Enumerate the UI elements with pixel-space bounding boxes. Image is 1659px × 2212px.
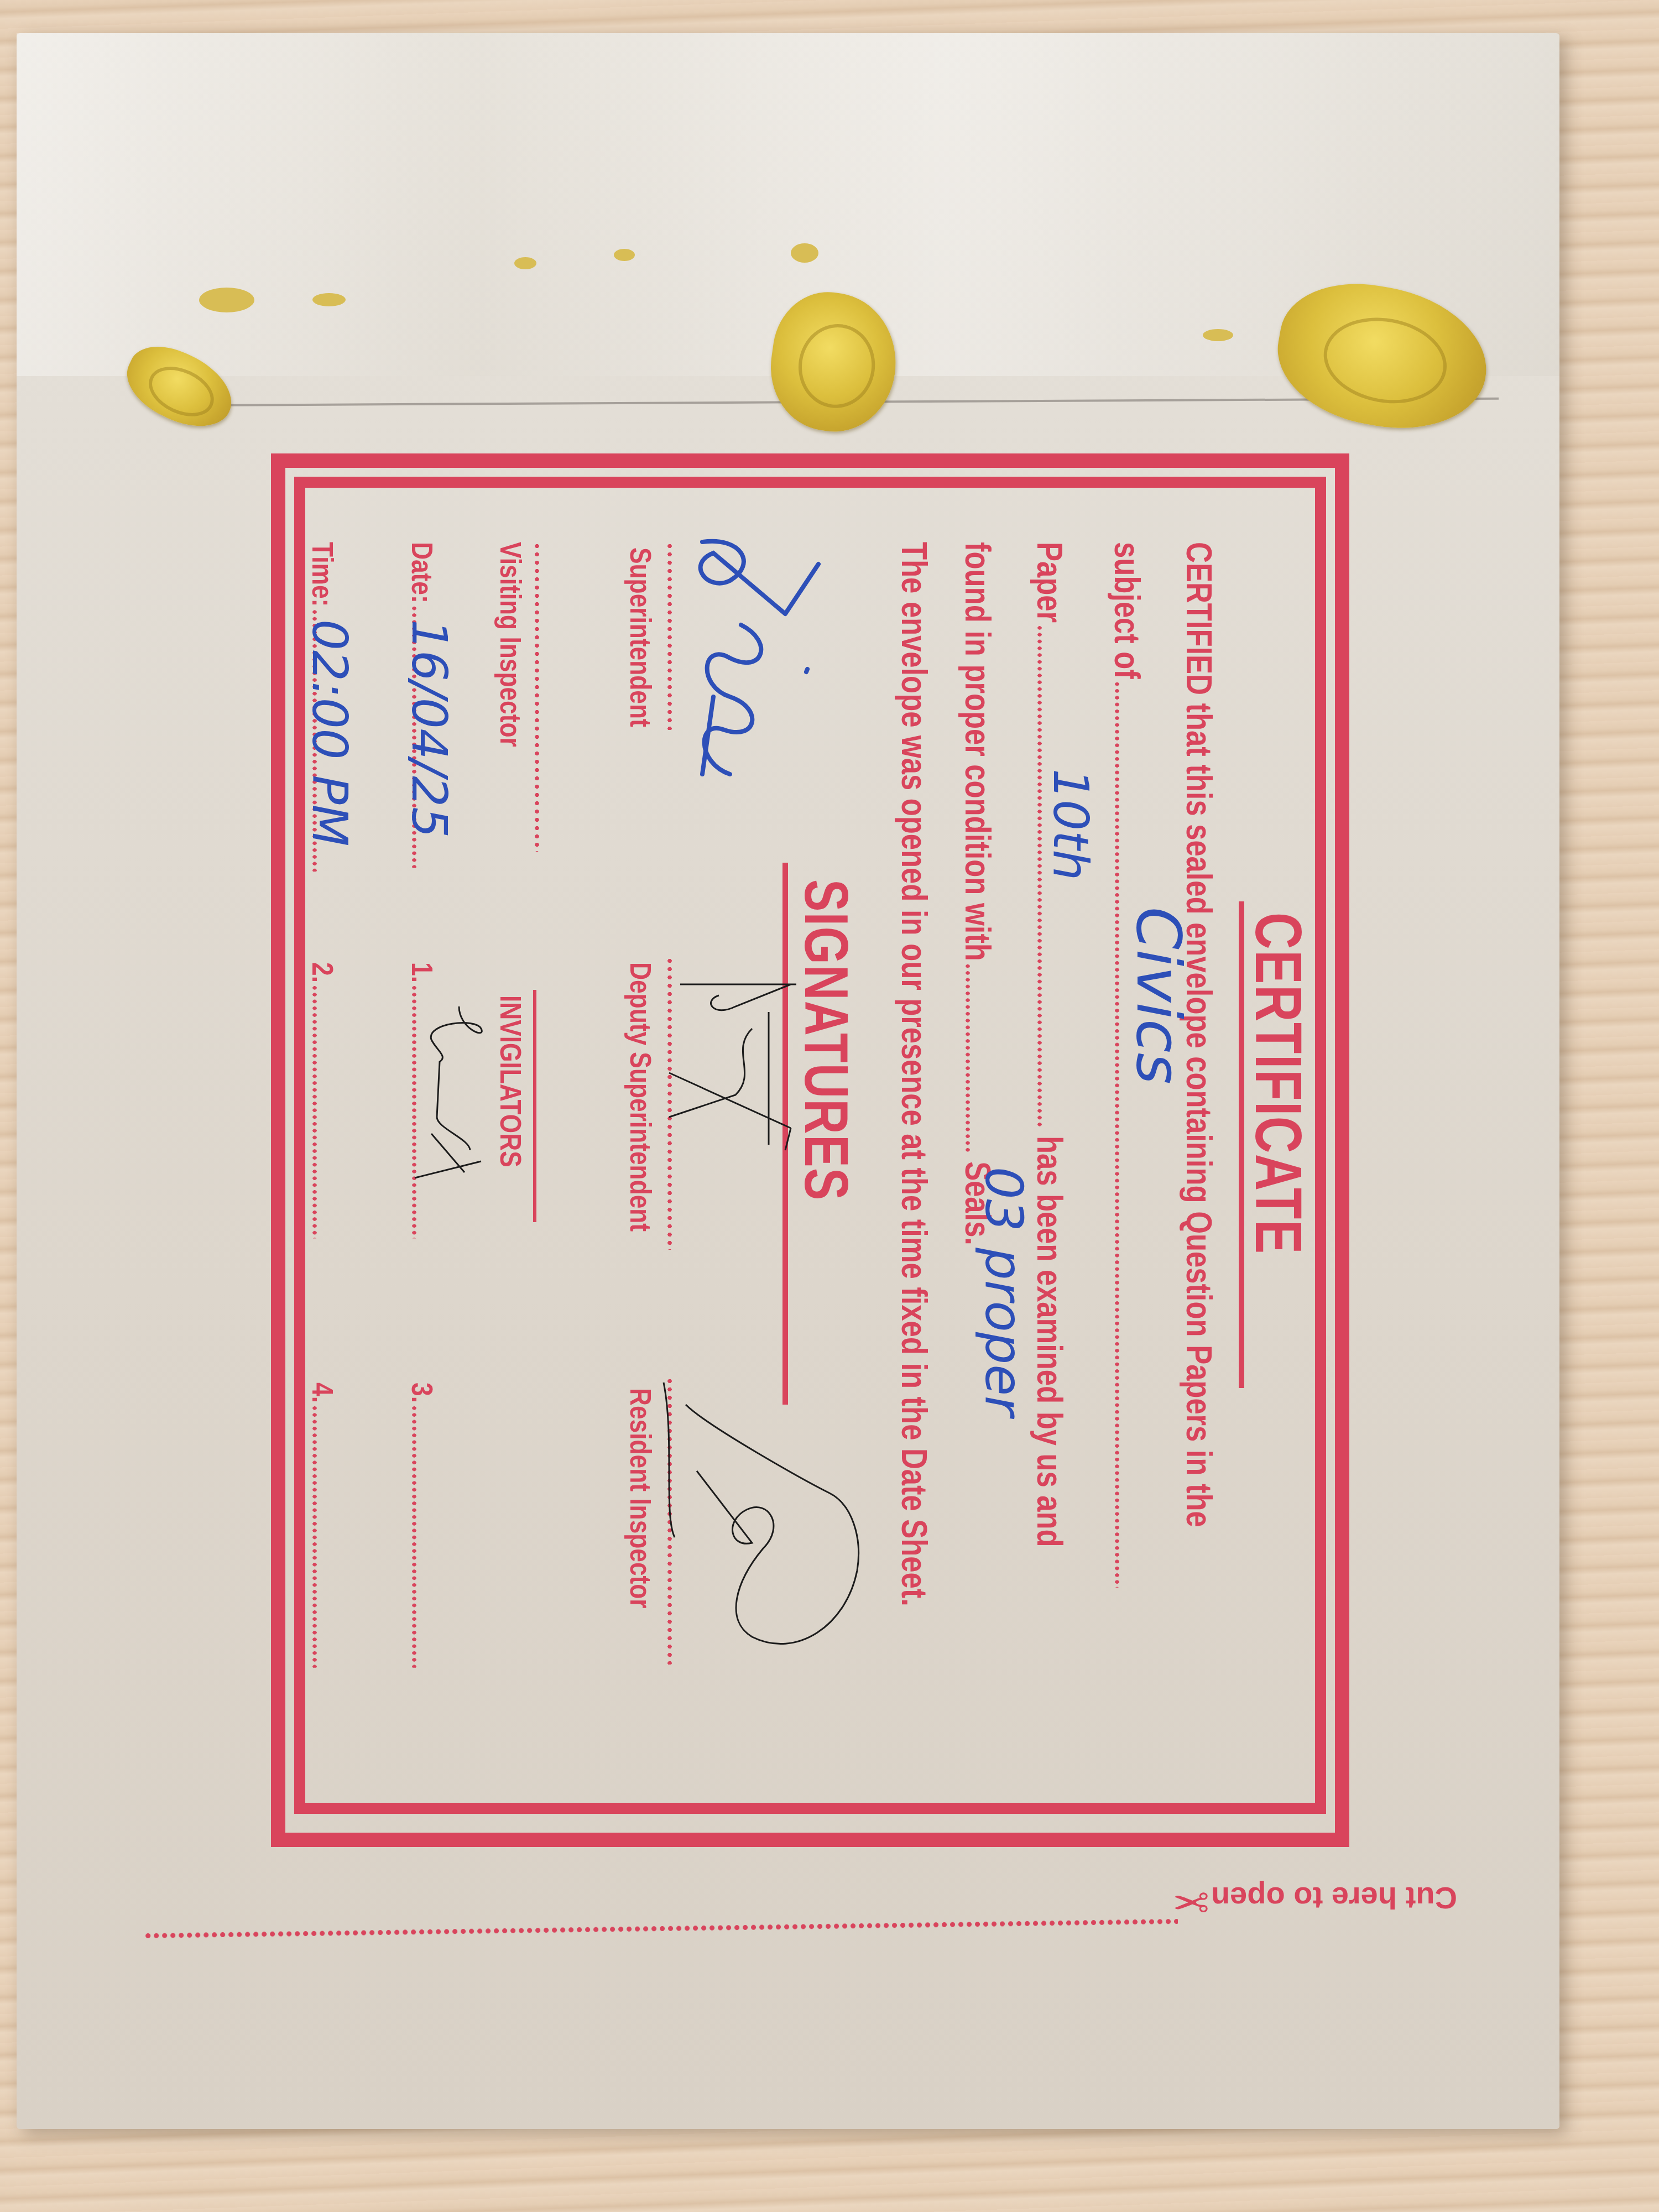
- seals-dotted-line: [966, 963, 970, 1153]
- paper-dotted-line: [1037, 624, 1042, 1128]
- subject-label: subject of: [1107, 542, 1147, 679]
- subject-dotted-line: [1115, 681, 1119, 1588]
- invigilators-title-underline: [533, 990, 536, 1222]
- visiting-inspector-signature-line: [535, 542, 539, 852]
- certificate-title-underline: [1239, 901, 1244, 1388]
- wax-drop: [199, 288, 254, 312]
- invigilator-1-number: 1.: [405, 962, 439, 983]
- invigilator-4-dotted-line: [312, 1405, 317, 1668]
- paper-value: 10th: [1046, 769, 1095, 880]
- paper-label: Paper: [1030, 542, 1070, 623]
- certificate-title: CERTIFICATE: [1245, 912, 1311, 1255]
- invigilator-3-dotted-line: [412, 1405, 416, 1668]
- time-label: Time:: [306, 542, 339, 607]
- wax-drop: [312, 293, 346, 306]
- paper-row: Paper has been examined by us and: [1032, 542, 1067, 1547]
- wax-drop: [1203, 329, 1233, 341]
- invigilator-3-number: 3.: [405, 1383, 439, 1403]
- certificate: CERTIFICATE CERTIFIED that this sealed e…: [293, 476, 1327, 1814]
- deputy-superintendent-signature: [625, 962, 802, 1206]
- time-value: 02:00 PM: [305, 619, 354, 847]
- wax-drop: [514, 257, 536, 269]
- invigilator-4-row: 4.: [307, 1383, 337, 1668]
- invigilator-4-number: 4.: [306, 1383, 339, 1403]
- subject-value: Civics: [1128, 907, 1189, 1084]
- date-value: 16/04/25: [405, 619, 453, 838]
- superintendent-label: Superintendent: [625, 547, 655, 727]
- visiting-inspector-label: Visiting Inspector: [495, 542, 525, 747]
- invigilator-3-row: 3.: [407, 1383, 437, 1668]
- signatures-title: SIGNATURES: [795, 879, 857, 1201]
- certificate-line-5: The envelope was opened in our presence …: [896, 542, 932, 1606]
- scissors-icon: ✂: [1172, 1876, 1209, 1927]
- invigilator-1-signature: [393, 1006, 492, 1194]
- superintendent-signature: [664, 531, 841, 796]
- date-label: Date:: [405, 542, 439, 603]
- invigilators-title: INVIGILATORS: [495, 995, 525, 1167]
- condition-label: found in proper condition with: [958, 542, 998, 961]
- invigilator-2-number: 2.: [306, 962, 339, 983]
- invigilator-2-dotted-line: [312, 984, 317, 1238]
- cut-instruction: Cut here to open: [1211, 1880, 1457, 1916]
- wax-drop: [791, 243, 818, 263]
- seals-value: 03 proper: [978, 1167, 1029, 1417]
- paper-suffix: has been examined by us and: [1030, 1136, 1070, 1547]
- invigilator-2-row: 2.: [307, 962, 337, 1238]
- wax-drop: [614, 249, 635, 261]
- resident-inspector-signature: [641, 1371, 874, 1681]
- condition-row: found in proper condition with Seals.: [960, 542, 995, 1245]
